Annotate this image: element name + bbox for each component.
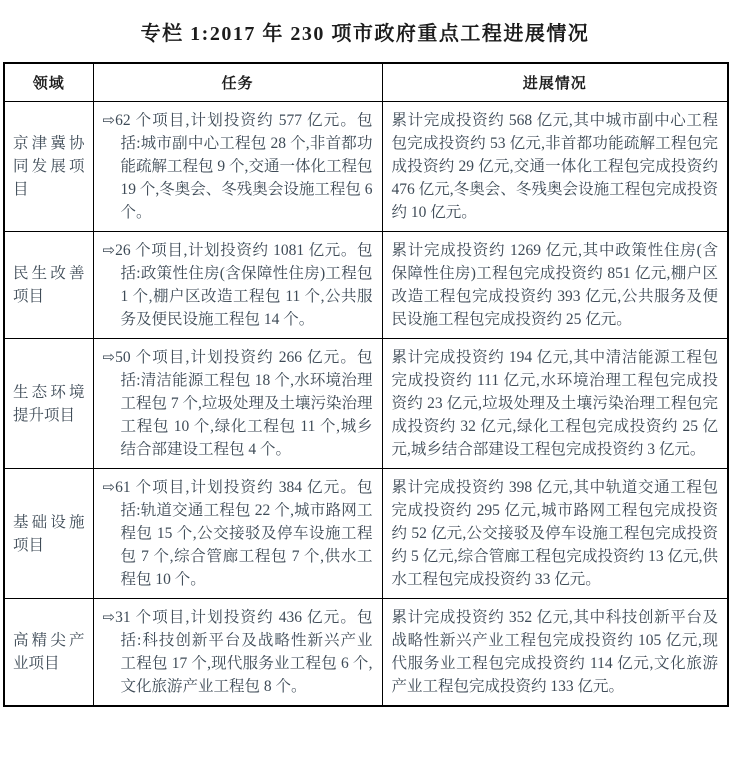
task-cell: ⇨26 个项目,计划投资约 1081 亿元。包括:政策性住房(含保障性住房)工程… bbox=[93, 232, 382, 339]
table-row: 高精尖产业项目 ⇨31 个项目,计划投资约 436 亿元。包括:科技创新平台及战… bbox=[4, 599, 728, 707]
area-label: 京津冀协同发展项目 bbox=[13, 132, 85, 201]
table-row: 基础设施项目 ⇨61 个项目,计划投资约 384 亿元。包括:轨道交通工程包 2… bbox=[4, 469, 728, 599]
area-label: 民生改善项目 bbox=[13, 262, 85, 308]
right-arrow-icon: ⇨ bbox=[103, 348, 116, 366]
task-cell: ⇨61 个项目,计划投资约 384 亿元。包括:轨道交通工程包 22 个,城市路… bbox=[93, 469, 382, 599]
right-arrow-icon: ⇨ bbox=[103, 241, 116, 259]
task-body: ⇨31 个项目,计划投资约 436 亿元。包括:科技创新平台及战略性新兴产业工程… bbox=[103, 606, 373, 698]
area-cell: 生态环境提升项目 bbox=[4, 339, 93, 469]
progress-text: 累计完成投资约 568 亿元,其中城市副中心工程包完成投资约 53 亿元,非首都… bbox=[392, 109, 719, 224]
progress-cell: 累计完成投资约 398 亿元,其中轨道交通工程包完成投资约 295 亿元,城市路… bbox=[382, 469, 728, 599]
progress-cell: 累计完成投资约 568 亿元,其中城市副中心工程包完成投资约 53 亿元,非首都… bbox=[382, 102, 728, 232]
area-cell: 京津冀协同发展项目 bbox=[4, 102, 93, 232]
task-text: 61 个项目,计划投资约 384 亿元。包括:轨道交通工程包 22 个,城市路网… bbox=[115, 479, 372, 588]
task-body: ⇨62 个项目,计划投资约 577 亿元。包括:城市副中心工程包 28 个,非首… bbox=[103, 109, 373, 224]
table-header: 领域 任务 进展情况 bbox=[4, 63, 728, 102]
area-cell: 高精尖产业项目 bbox=[4, 599, 93, 707]
col-header-area: 领域 bbox=[4, 63, 93, 102]
area-label: 生态环境提升项目 bbox=[13, 381, 85, 427]
document-page: 专栏 1:2017 年 230 项市政府重点工程进展情况 领域 任务 进展情况 … bbox=[0, 0, 730, 707]
progress-text: 累计完成投资约 398 亿元,其中轨道交通工程包完成投资约 295 亿元,城市路… bbox=[392, 476, 719, 591]
task-body: ⇨26 个项目,计划投资约 1081 亿元。包括:政策性住房(含保障性住房)工程… bbox=[103, 239, 373, 331]
table-row: 生态环境提升项目 ⇨50 个项目,计划投资约 266 亿元。包括:清洁能源工程包… bbox=[4, 339, 728, 469]
task-text: 50 个项目,计划投资约 266 亿元。包括:清洁能源工程包 18 个,水环境治… bbox=[115, 349, 372, 458]
progress-cell: 累计完成投资约 1269 亿元,其中政策性住房(含保障性住房)工程包完成投资约 … bbox=[382, 232, 728, 339]
task-text: 26 个项目,计划投资约 1081 亿元。包括:政策性住房(含保障性住房)工程包… bbox=[115, 242, 372, 328]
task-cell: ⇨50 个项目,计划投资约 266 亿元。包括:清洁能源工程包 18 个,水环境… bbox=[93, 339, 382, 469]
col-header-progress: 进展情况 bbox=[382, 63, 728, 102]
area-cell: 基础设施项目 bbox=[4, 469, 93, 599]
table-row: 京津冀协同发展项目 ⇨62 个项目,计划投资约 577 亿元。包括:城市副中心工… bbox=[4, 102, 728, 232]
progress-text: 累计完成投资约 352 亿元,其中科技创新平台及战略性新兴产业工程包完成投资约 … bbox=[392, 606, 719, 698]
progress-text: 累计完成投资约 1269 亿元,其中政策性住房(含保障性住房)工程包完成投资约 … bbox=[392, 239, 719, 331]
task-cell: ⇨31 个项目,计划投资约 436 亿元。包括:科技创新平台及战略性新兴产业工程… bbox=[93, 599, 382, 707]
task-text: 31 个项目,计划投资约 436 亿元。包括:科技创新平台及战略性新兴产业工程包… bbox=[115, 609, 372, 695]
header-row: 领域 任务 进展情况 bbox=[4, 63, 728, 102]
right-arrow-icon: ⇨ bbox=[103, 111, 116, 129]
area-cell: 民生改善项目 bbox=[4, 232, 93, 339]
col-header-task: 任务 bbox=[93, 63, 382, 102]
right-arrow-icon: ⇨ bbox=[103, 478, 116, 496]
task-text: 62 个项目,计划投资约 577 亿元。包括:城市副中心工程包 28 个,非首都… bbox=[115, 112, 372, 221]
table-body: 京津冀协同发展项目 ⇨62 个项目,计划投资约 577 亿元。包括:城市副中心工… bbox=[4, 102, 728, 707]
page-title: 专栏 1:2017 年 230 项市政府重点工程进展情况 bbox=[3, 0, 727, 62]
task-cell: ⇨62 个项目,计划投资约 577 亿元。包括:城市副中心工程包 28 个,非首… bbox=[93, 102, 382, 232]
task-body: ⇨50 个项目,计划投资约 266 亿元。包括:清洁能源工程包 18 个,水环境… bbox=[103, 346, 373, 461]
progress-cell: 累计完成投资约 194 亿元,其中清洁能源工程包完成投资约 111 亿元,水环境… bbox=[382, 339, 728, 469]
area-label: 高精尖产业项目 bbox=[13, 629, 85, 675]
progress-text: 累计完成投资约 194 亿元,其中清洁能源工程包完成投资约 111 亿元,水环境… bbox=[392, 346, 719, 461]
right-arrow-icon: ⇨ bbox=[103, 608, 116, 626]
task-body: ⇨61 个项目,计划投资约 384 亿元。包括:轨道交通工程包 22 个,城市路… bbox=[103, 476, 373, 591]
area-label: 基础设施项目 bbox=[13, 511, 85, 557]
progress-table: 领域 任务 进展情况 京津冀协同发展项目 ⇨62 个项目,计划投资约 577 亿… bbox=[3, 62, 729, 707]
table-row: 民生改善项目 ⇨26 个项目,计划投资约 1081 亿元。包括:政策性住房(含保… bbox=[4, 232, 728, 339]
progress-cell: 累计完成投资约 352 亿元,其中科技创新平台及战略性新兴产业工程包完成投资约 … bbox=[382, 599, 728, 707]
